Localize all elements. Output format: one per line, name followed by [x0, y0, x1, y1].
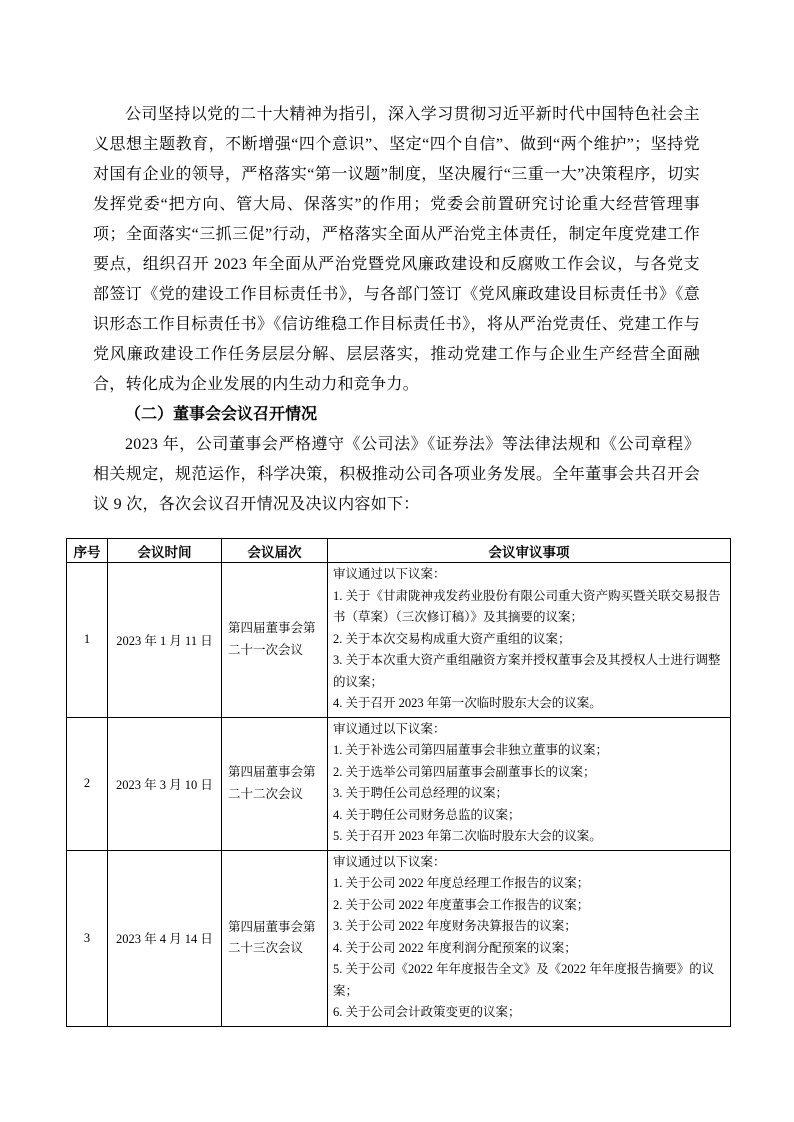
- table-header-row: 序号 会议时间 会议届次 会议审议事项: [67, 539, 731, 563]
- matter-line: 1. 关于《甘肃陇神戎发药业股份有限公司重大资产购买暨关联交易报告书（草案）（三…: [333, 586, 726, 629]
- table-row: 12023 年 1 月 11 日第四届董事会第二十一次会议审议通过以下议案：1.…: [67, 563, 731, 718]
- cell-meeting-matters: 审议通过以下议案：1. 关于《甘肃陇神戎发药业股份有限公司重大资产购买暨关联交易…: [328, 563, 731, 718]
- section-heading-board-meetings: （二）董事会会议召开情况: [93, 400, 700, 430]
- cell-seq: 1: [67, 563, 108, 718]
- table-row: 22023 年 3 月 10 日第四届董事会第二十二次会议审议通过以下议案：1.…: [67, 717, 731, 850]
- matter-line: 5. 关于召开 2023 年第二次临时股东大会的议案。: [333, 826, 726, 848]
- matter-line: 4. 关于聘任公司财务总监的议案；: [333, 805, 726, 827]
- matter-line: 审议通过以下议案：: [333, 852, 726, 874]
- column-header-meeting-session: 会议届次: [222, 539, 328, 563]
- matter-line: 3. 关于公司 2022 年度财务决算报告的议案；: [333, 916, 726, 938]
- matter-line: 4. 关于召开 2023 年第一次临时股东大会的议案。: [333, 693, 726, 715]
- matter-line: 审议通过以下议案：: [333, 564, 726, 586]
- matter-line: 5. 关于公司《2022 年年度报告全文》及《2022 年年度报告摘要》的议案；: [333, 959, 726, 1002]
- matter-line: 3. 关于聘任公司总经理的议案；: [333, 783, 726, 805]
- matter-line: 4. 关于公司 2022 年度利润分配预案的议案；: [333, 938, 726, 960]
- cell-meeting-date: 2023 年 3 月 10 日: [108, 717, 222, 850]
- column-header-matters: 会议审议事项: [328, 539, 731, 563]
- cell-seq: 3: [67, 850, 108, 1026]
- cell-meeting-date: 2023 年 4 月 14 日: [108, 850, 222, 1026]
- board-meetings-table: 序号 会议时间 会议届次 会议审议事项 12023 年 1 月 11 日第四届董…: [66, 538, 731, 1027]
- matter-line: 1. 关于公司 2022 年度总经理工作报告的议案；: [333, 873, 726, 895]
- table-body: 12023 年 1 月 11 日第四届董事会第二十一次会议审议通过以下议案：1.…: [67, 563, 731, 1027]
- cell-meeting-matters: 审议通过以下议案：1. 关于补选公司第四届董事会非独立董事的议案；2. 关于选举…: [328, 717, 731, 850]
- matter-line: 审议通过以下议案：: [333, 719, 726, 741]
- cell-meeting-session: 第四届董事会第二十二次会议: [222, 717, 328, 850]
- matter-line: 2. 关于本次交易构成重大资产重组的议案；: [333, 629, 726, 651]
- matter-line: 2. 关于选举公司第四届董事会副董事长的议案；: [333, 762, 726, 784]
- document-page: 公司坚持以党的二十大精神为指引，深入学习贯彻习近平新时代中国特色社会主义思想主题…: [0, 0, 794, 1122]
- table-row: 32023 年 4 月 14 日第四届董事会第二十三次会议审议通过以下议案：1.…: [67, 850, 731, 1026]
- matter-line: 3. 关于本次重大资产重组融资方案并授权董事会及其授权人士进行调整的议案；: [333, 650, 726, 693]
- column-header-meeting-time: 会议时间: [108, 539, 222, 563]
- cell-meeting-date: 2023 年 1 月 11 日: [108, 563, 222, 718]
- paragraph-party-leadership: 公司坚持以党的二十大精神为指引，深入学习贯彻习近平新时代中国特色社会主义思想主题…: [93, 100, 700, 400]
- matter-line: 6. 关于公司会计政策变更的议案；: [333, 1002, 726, 1024]
- cell-meeting-matters: 审议通过以下议案：1. 关于公司 2022 年度总经理工作报告的议案；2. 关于…: [328, 850, 731, 1026]
- matter-line: 2. 关于公司 2022 年度董事会工作报告的议案；: [333, 895, 726, 917]
- cell-seq: 2: [67, 717, 108, 850]
- cell-meeting-session: 第四届董事会第二十三次会议: [222, 850, 328, 1026]
- paragraph-board-overview: 2023 年，公司董事会严格遵守《公司法》《证券法》等法律法规和《公司章程》相关…: [93, 430, 700, 520]
- matter-line: 1. 关于补选公司第四届董事会非独立董事的议案；: [333, 740, 726, 762]
- column-header-seq: 序号: [67, 539, 108, 563]
- cell-meeting-session: 第四届董事会第二十一次会议: [222, 563, 328, 718]
